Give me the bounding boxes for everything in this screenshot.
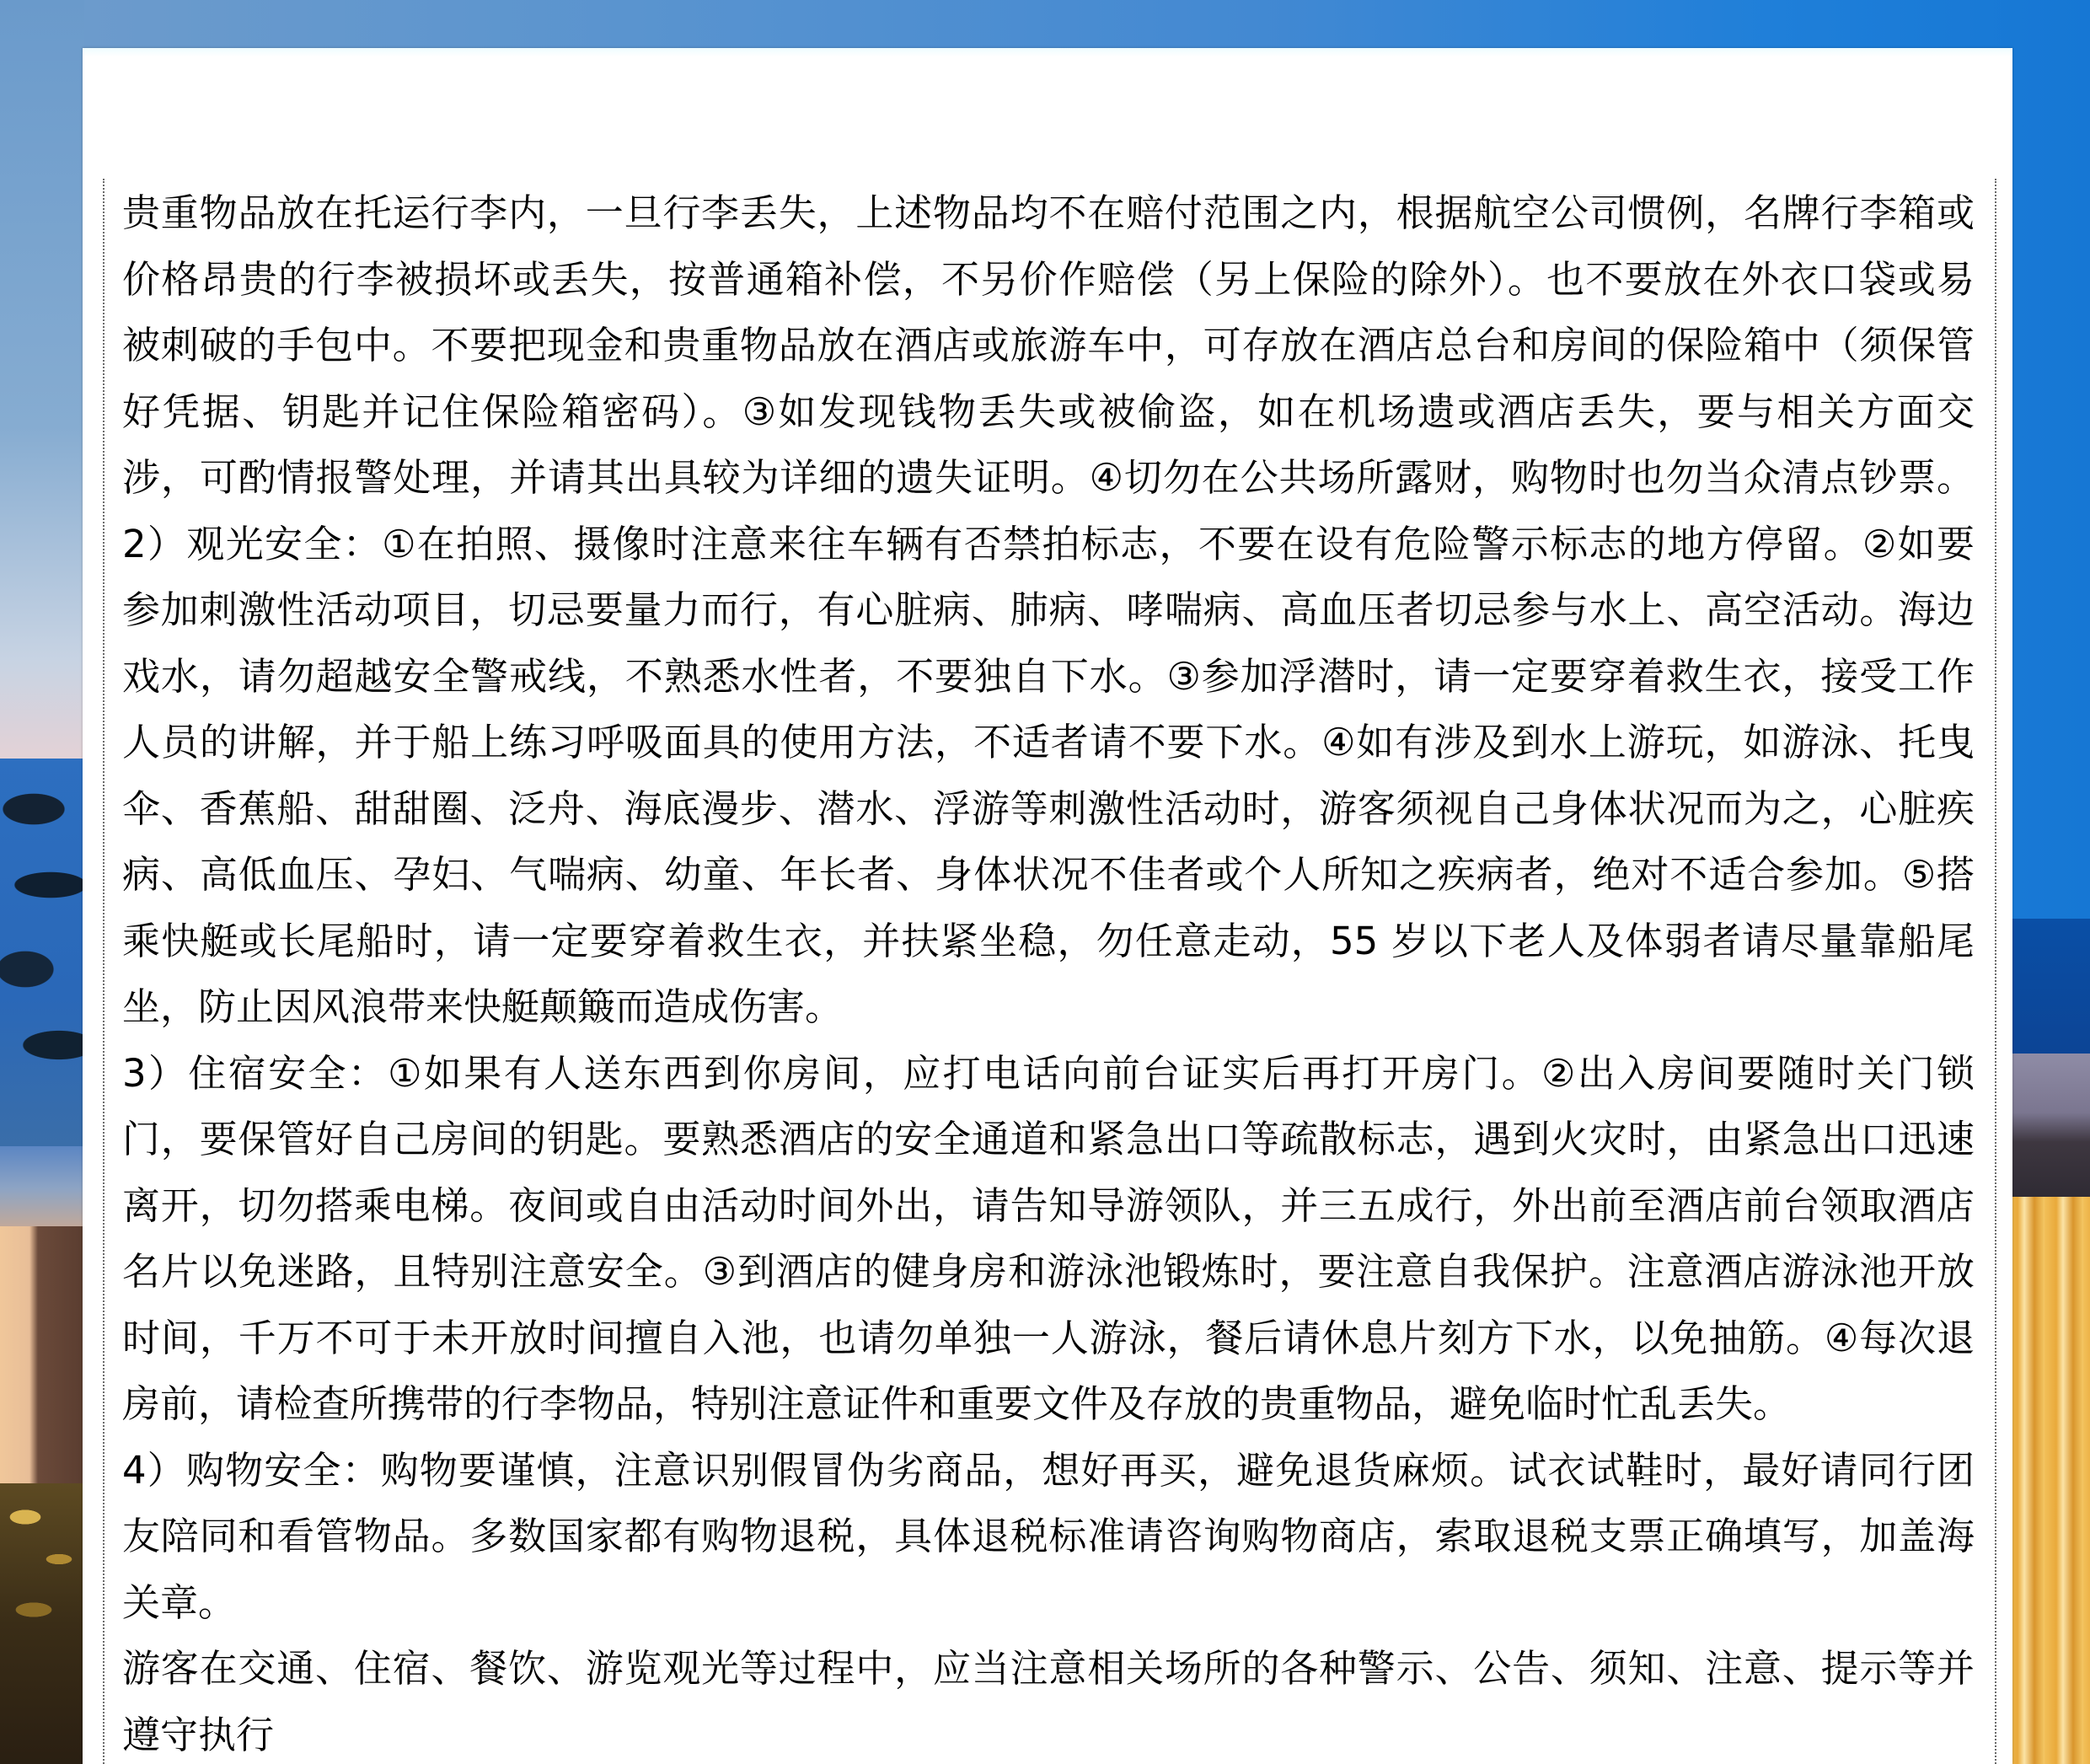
text-line: 游客在交通、住宿、餐饮、游览观光等过程中，应当注意相关场所的各种警示、公告、须知… [122,1636,1975,1702]
text-line: 贵重物品放在托运行李内，一旦行李丢失，上述物品均不在赔付范围之内，根据航空公司惯… [122,180,1975,247]
text-line: 坐，防止因风浪带来快艇颠簸而造成伤害。 [122,974,1975,1041]
background-horizon [0,1146,84,1231]
background-deck [2006,1054,2090,1201]
section-heading-line: 3）住宿安全：①如果有人送东西到你房间，应打电话向前台证实后再打开房门。②出入房… [122,1041,1975,1107]
section-heading-line: 2）观光安全：①在拍照、摄像时注意来往车辆有否禁拍标志，不要在设有危险警示标志的… [122,512,1975,578]
text-line: 好凭据、钥匙并记住保险箱密码）。③如发现钱物丢失或被偷盗，如在机场遗或酒店丢失，… [122,379,1975,446]
background-sky-left [0,0,84,775]
text-line: 名片以免迷路，且特别注意安全。③到酒店的健身房和游泳池锻炼时，要注意自我保护。注… [122,1239,1975,1306]
document-page: 贵重物品放在托运行李内，一旦行李丢失，上述物品均不在赔付范围之内，根据航空公司惯… [83,48,2012,1764]
background-trees [0,759,84,1155]
left-margin-guide [103,179,104,1764]
text-line: 伞、香蕉船、甜甜圈、泛舟、海底漫步、潜水、浮游等刺激性活动时，游客须视自己身体状… [122,776,1975,843]
text-line: 乘快艇或长尾船时，请一定要穿着救生衣，并扶紧坐稳，勿任意走动，55 岁以下老人及… [122,909,1975,975]
background-wall [0,1226,84,1488]
right-margin-guide [1995,179,1996,1764]
section-heading-line: 4）购物安全：购物要谨慎，注意识别假冒伪劣商品，想好再买，避免退货麻烦。试衣试鞋… [122,1438,1975,1504]
background-sea [2006,919,2090,1058]
page-top-edge [83,48,2012,56]
background-wooden-railing [2006,1197,2090,1764]
background-foliage [0,1483,84,1764]
text-line: 戏水，请勿超越安全警戒线，不熟悉水性者，不要独自下水。③参加浮潜时，请一定要穿着… [122,644,1975,710]
text-line: 关章。 [122,1570,1975,1637]
document-body: 贵重物品放在托运行李内，一旦行李丢失，上述物品均不在赔付范围之内，根据航空公司惯… [122,180,1975,1764]
text-line: 离开，切勿搭乘电梯。夜间或自由活动时间外出，请告知导游领队，并三五成行，外出前至… [122,1173,1975,1240]
text-line: 被刺破的手包中。不要把现金和贵重物品放在酒店或旅游车中，可存放在酒店总台和房间的… [122,313,1975,379]
text-line: 遵守执行 [122,1702,1975,1764]
text-line: 人员的讲解，并于船上练习呼吸面具的使用方法，不适者请不要下水。④如有涉及到水上游… [122,710,1975,776]
text-line: 参加刺激性活动项目，切忌要量力而行，有心脏病、肺病、哮喘病、高血压者切忌参与水上… [122,577,1975,644]
text-line: 友陪同和看管物品。多数国家都有购物退税，具体退税标准请咨询购物商店，索取退税支票… [122,1504,1975,1570]
text-line: 房前，请检查所携带的行李物品，特别注意证件和重要文件及存放的贵重物品，避免临时忙… [122,1371,1975,1438]
text-line: 门，要保管好自己房间的钥匙。要熟悉酒店的安全通道和紧急出口等疏散标志，遇到火灾时… [122,1107,1975,1173]
text-line: 价格昂贵的行李被损坏或丢失，按普通箱补偿，不另价作赔偿（另上保险的除外）。也不要… [122,247,1975,314]
text-line: 涉，可酌情报警处理，并请其出具较为详细的遗失证明。④切勿在公共场所露财，购物时也… [122,445,1975,512]
text-line: 时间，千万不可于未开放时间擅自入池，也请勿单独一人游泳，餐后请休息片刻方下水，以… [122,1306,1975,1372]
text-line: 病、高低血压、孕妇、气喘病、幼童、年长者、身体状况不佳者或个人所知之疾病者，绝对… [122,842,1975,909]
